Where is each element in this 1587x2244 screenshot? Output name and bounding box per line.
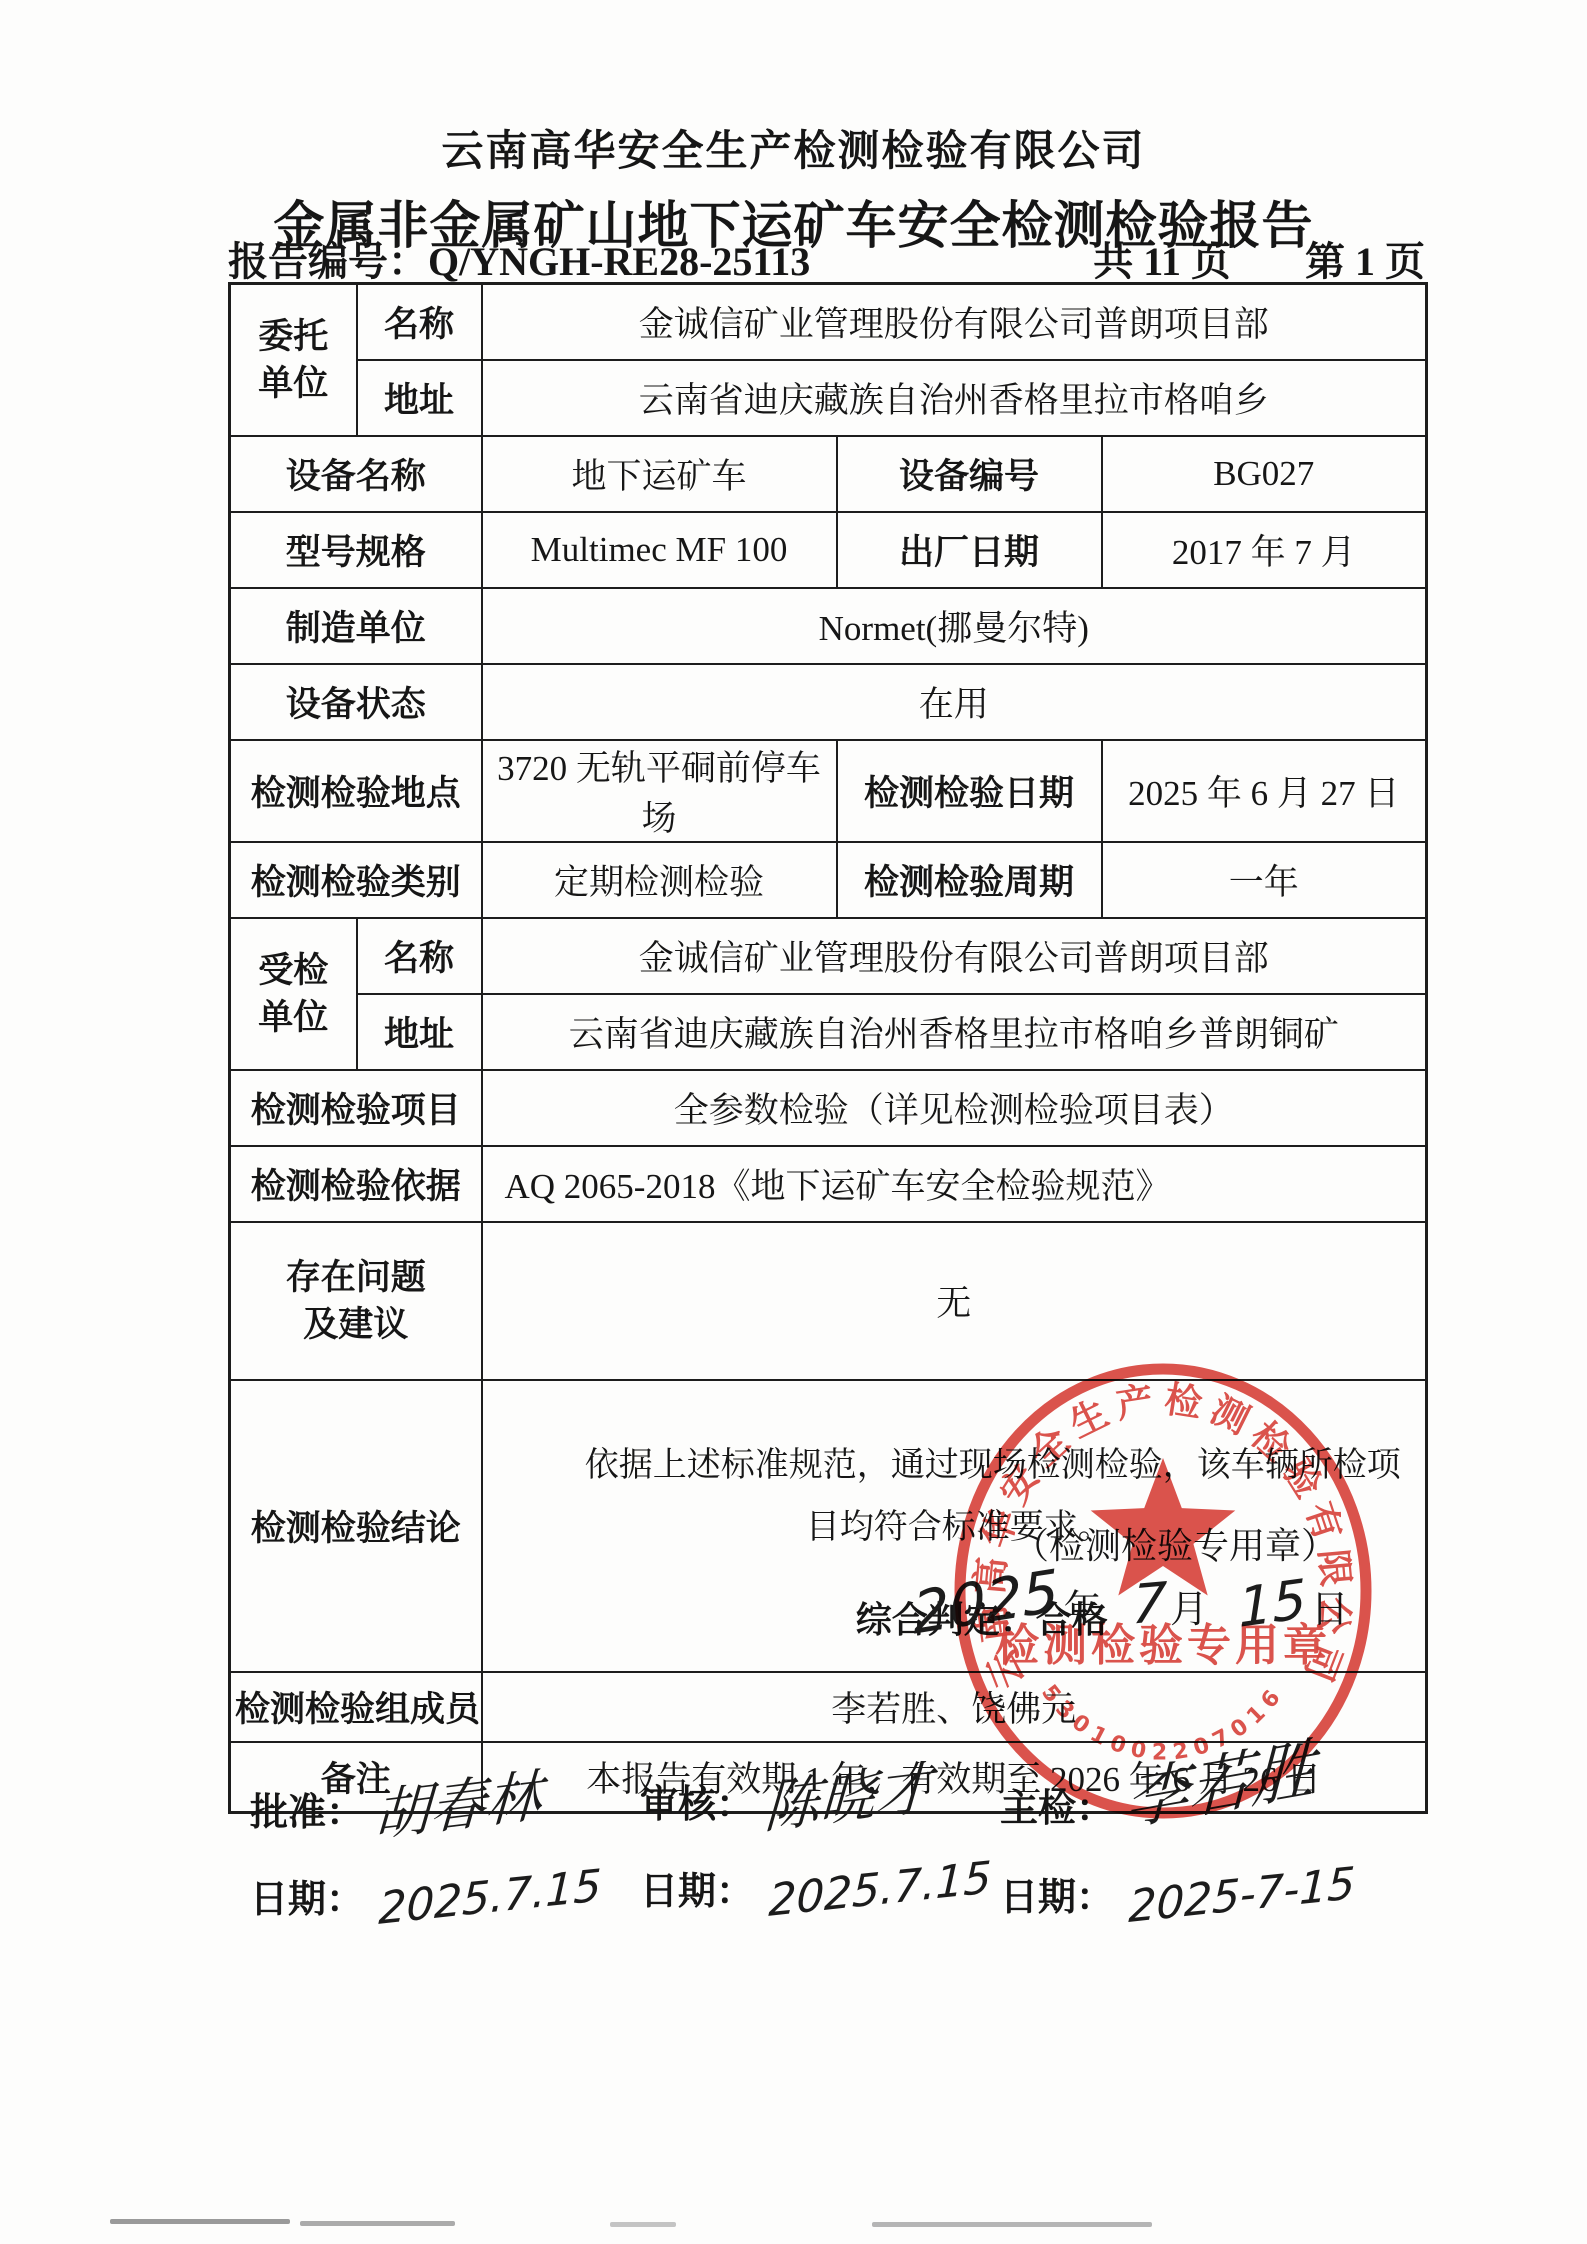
table-row: 检测检验类别 定期检测检验 检测检验周期 一年	[230, 842, 1427, 918]
review-signature: 陈晓才	[763, 1743, 934, 1845]
seal-day-label: 日	[1311, 1578, 1349, 1633]
scan-artifact	[872, 2222, 1152, 2227]
approve-date-handwritten: 2025.7.15	[378, 1860, 603, 1935]
current-page: 第 1 页	[1305, 239, 1425, 284]
chief-signature-group: 主检：李若胜 日期：2025-7-15	[1000, 1748, 1356, 1921]
basis-label: 检测检验依据	[230, 1146, 482, 1222]
insp-date-value: 2025 年 6 月 27 日	[1102, 740, 1427, 842]
scan-artifact	[610, 2222, 676, 2227]
seal-caption: （检测检验专用章）	[945, 1518, 1405, 1569]
insp-date-label: 检测检验日期	[837, 740, 1102, 842]
table-row: 委托 单位 名称 金诚信矿业管理股份有限公司普朗项目部	[230, 284, 1427, 361]
report-number-value: Q/YNGH-RE28-25113	[428, 239, 810, 284]
client-address-label: 地址	[357, 360, 482, 436]
table-row: 检测检验项目 全参数检验（详见检测检验项目表）	[230, 1070, 1427, 1146]
location-value: 3720 无轨平硐前停车场	[482, 740, 837, 842]
table-row: 检测检验地点 3720 无轨平硐前停车场 检测检验日期 2025 年 6 月 2…	[230, 740, 1427, 842]
table-row: 设备状态 在用	[230, 664, 1427, 740]
review-signature-group: 审核：陈晓才 日期：2025.7.15	[640, 1754, 992, 1915]
conclusion-label: 检测检验结论	[230, 1380, 482, 1672]
scan-artifact	[300, 2221, 455, 2226]
seal-month-handwritten: 7	[1130, 1570, 1168, 1637]
table-row: 地址 云南省迪庆藏族自治州香格里拉市格咱乡普朗铜矿	[230, 994, 1427, 1070]
approve-signature-group: 批准：胡春林 日期：2025.7.15	[250, 1762, 602, 1923]
chief-date-handwritten: 2025-7-15	[1128, 1858, 1356, 1933]
client-address-value: 云南省迪庆藏族自治州香格里拉市格咱乡	[482, 360, 1427, 436]
inspected-name-value: 金诚信矿业管理股份有限公司普朗项目部	[482, 918, 1427, 994]
cycle-label: 检测检验周期	[837, 842, 1102, 918]
seal-year-handwritten: 2025	[911, 1556, 1060, 1647]
items-value: 全参数检验（详见检测检验项目表）	[482, 1070, 1427, 1146]
items-label: 检测检验项目	[230, 1070, 482, 1146]
model-label: 型号规格	[230, 512, 482, 588]
inspected-name-label: 名称	[357, 918, 482, 994]
status-value: 在用	[482, 664, 1427, 740]
review-date-handwritten: 2025.7.15	[768, 1852, 993, 1927]
approve-signature: 胡春林	[373, 1751, 544, 1853]
table-row: 地址 云南省迪庆藏族自治州香格里拉市格咱乡	[230, 360, 1427, 436]
report-number-label: 报告编号：	[228, 239, 428, 284]
mfg-date-label: 出厂日期	[837, 512, 1102, 588]
review-label: 审核：	[640, 1784, 754, 1826]
report-meta-line: 报告编号：Q/YNGH-RE28-25113 共 11 页 第 1 页	[228, 230, 1425, 287]
basis-value: AQ 2065-2018《地下运矿车安全检验规范》	[482, 1146, 1427, 1222]
client-group-label: 委托 单位	[230, 284, 357, 437]
review-date-label: 日期：	[640, 1871, 754, 1913]
problems-value: 无	[482, 1222, 1427, 1380]
table-row: 型号规格 Multimec MF 100 出厂日期 2017 年 7 月	[230, 512, 1427, 588]
client-name-label: 名称	[357, 284, 482, 361]
table-row: 设备名称 地下运矿车 设备编号 BG027	[230, 436, 1427, 512]
table-row: 制造单位 Normet(挪曼尔特)	[230, 588, 1427, 664]
device-no-label: 设备编号	[837, 436, 1102, 512]
manufacturer-value: Normet(挪曼尔特)	[482, 588, 1427, 664]
cycle-value: 一年	[1102, 842, 1427, 918]
problems-label: 存在问题 及建议	[230, 1222, 482, 1380]
device-name-value: 地下运矿车	[482, 436, 837, 512]
device-name-label: 设备名称	[230, 436, 482, 512]
status-label: 设备状态	[230, 664, 482, 740]
inspected-address-label: 地址	[357, 994, 482, 1070]
inspected-group-label: 受检 单位	[230, 918, 357, 1070]
team-label: 检测检验组成员	[230, 1672, 482, 1742]
scanned-report-page: 云南高华安全生产检测检验有限公司 金属非金属矿山地下运矿车安全检测检验报告 报告…	[0, 0, 1587, 2244]
company-title: 云南高华安全生产检测检验有限公司	[0, 118, 1587, 178]
mfg-date-value: 2017 年 7 月	[1102, 512, 1427, 588]
table-row: 检测检验依据 AQ 2065-2018《地下运矿车安全检验规范》	[230, 1146, 1427, 1222]
approve-label: 批准：	[250, 1792, 364, 1834]
chief-date-label: 日期：	[1000, 1877, 1114, 1919]
manufacturer-label: 制造单位	[230, 588, 482, 664]
table-row: 存在问题 及建议 无	[230, 1222, 1427, 1380]
approve-date-label: 日期：	[250, 1879, 364, 1921]
table-row: 受检 单位 名称 金诚信矿业管理股份有限公司普朗项目部	[230, 918, 1427, 994]
model-value: Multimec MF 100	[482, 512, 837, 588]
location-label: 检测检验地点	[230, 740, 482, 842]
seal-day-handwritten: 15	[1237, 1567, 1307, 1640]
device-no-value: BG027	[1102, 436, 1427, 512]
category-value: 定期检测检验	[482, 842, 837, 918]
scan-artifact	[110, 2219, 290, 2224]
category-label: 检测检验类别	[230, 842, 482, 918]
report-number: 报告编号：Q/YNGH-RE28-25113	[228, 230, 810, 287]
total-pages: 共 11 页	[1093, 239, 1231, 284]
seal-month-label: 月	[1170, 1578, 1208, 1633]
client-name-value: 金诚信矿业管理股份有限公司普朗项目部	[482, 284, 1427, 361]
inspected-address-value: 云南省迪庆藏族自治州香格里拉市格咱乡普朗铜矿	[482, 994, 1427, 1070]
signature-block: 批准：胡春林 日期：2025.7.15 审核：陈晓才 日期：2025.7.15 …	[228, 1762, 1528, 1982]
chief-label: 主检：	[1000, 1788, 1114, 1830]
seal-date-line: 2025 年 7 月 15 日	[912, 1568, 1432, 1636]
seal-year-label: 年	[1064, 1578, 1102, 1633]
page-info: 共 11 页 第 1 页	[1029, 230, 1425, 287]
